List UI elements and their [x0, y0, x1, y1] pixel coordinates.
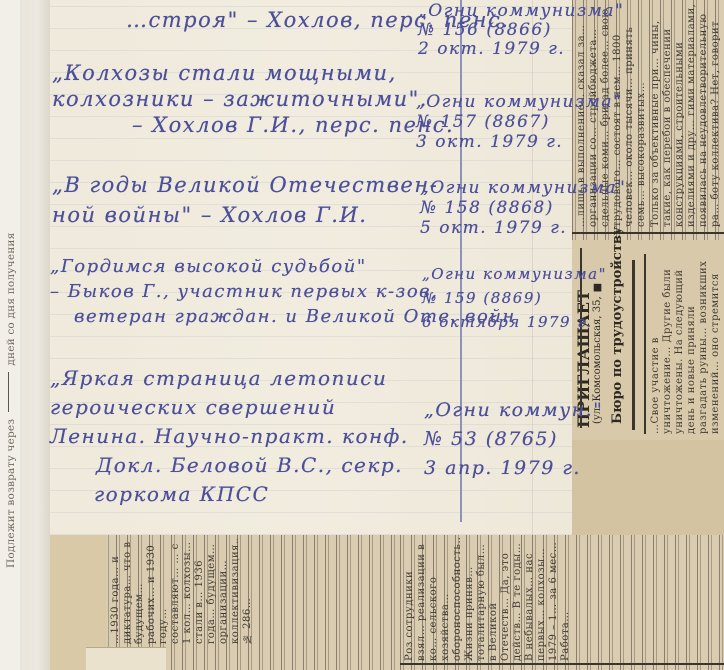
entry-5-issue: № 53 (8765) [424, 425, 603, 454]
return-stamp-part2: дней со дня получения [5, 233, 17, 366]
entry-3-source: „Огни коммунизма" № 158 (8868) 5 окт. 19… [420, 178, 626, 238]
clipping-table-rule [400, 663, 724, 665]
entry-5-title-line: героических свершений [50, 393, 409, 422]
entry-2-newspaper: „Огни коммунизма" [416, 92, 622, 112]
notebook-page: …строя" – Хохлов, перс. пенс. „Огни комм… [50, 0, 572, 535]
entry-3-newspaper: „Огни коммунизма" [420, 178, 626, 198]
entry-3-issue: № 158 (8868) [420, 198, 626, 218]
entry-1-date: 2 окт. 1979 г. [418, 40, 624, 59]
entry-2-issue: № 157 (8867) [416, 112, 622, 132]
entry-5-title-line: „Яркая страница летописи [50, 364, 409, 393]
entry-3-title-line: „В годы Великой Отечествен- [52, 170, 438, 200]
ad-side-text: …Свое участие в уничтожение… Другие были… [650, 254, 720, 434]
clipping-bottom-right-text: Роз сотрудники взял… реализации в ко… се… [404, 537, 714, 661]
newspaper-clipping-bottom-right: Роз сотрудники взял… реализации в ко… се… [400, 535, 724, 670]
entry-3-title-line: ной войны" – Хохлов Г.И. [52, 200, 438, 230]
ad-frame-inner [644, 254, 646, 434]
entry-5-date: 3 апр. 1979 г. [424, 454, 603, 483]
entry-1-issue: № 156 (8866) [418, 21, 624, 40]
entry-4-source: „Огни коммунизма" № 159 (8869) 6 октября… [422, 262, 607, 334]
entry-2-author: – Хохлов Г.И., перс. пенс. [52, 112, 454, 138]
entry-1-newspaper: „Огни коммунизма" [418, 2, 624, 21]
newspaper-clipping-bottom-left: …1930 года… и диктатура… что в будущем… … [50, 535, 400, 670]
clipping-text-column-2: Только за объективные при… чины, такие, … [650, 2, 720, 227]
entry-5-author-role: горкома КПСС [50, 480, 409, 509]
entry-2-date: 3 окт. 1979 г. [416, 132, 622, 152]
clipping-bottom-left-text: …1930 года… и диктатура… что в будущем… … [110, 539, 396, 644]
entry-4-newspaper: „Огни коммунизма" [422, 262, 607, 286]
entry-2-source: „Огни коммунизма" № 157 (8867) 3 окт. 19… [416, 92, 622, 152]
ad-bureau-title: Бюро по трудоустройству [610, 254, 625, 424]
ad-frame-left [632, 260, 635, 430]
entry-4-issue: № 159 (8869) [422, 286, 607, 310]
entry-3-date: 5 окт. 1979 г. [420, 218, 626, 238]
entry-5-newspaper: „Огни коммун." [424, 396, 603, 425]
entry-4-date: 6 октября 1979 г. [422, 310, 607, 334]
entry-2-title-line: „Колхозы стали мощными, [52, 60, 454, 86]
return-days-blank [7, 372, 9, 412]
binding-return-stamp: Подлежит возврату через дней со дня полу… [5, 188, 33, 568]
entry-5-title-line: Ленина. Научно-практ. конф. [50, 422, 409, 451]
return-stamp-part1: Подлежит возврату через [5, 419, 17, 568]
entry-3-title: „В годы Великой Отечествен- ной войны" –… [52, 170, 438, 230]
entry-5-source: „Огни коммун." № 53 (8765) 3 апр. 1979 г… [424, 396, 603, 483]
entry-2-title: „Колхозы стали мощными, колхозники – заж… [52, 60, 454, 138]
entry-1-source: „Огни коммунизма" № 156 (8866) 2 окт. 19… [418, 2, 624, 59]
clipping-folded-corner [86, 647, 166, 670]
entry-5-title: „Яркая страница летописи героических све… [50, 364, 409, 509]
entry-5-author: Докл. Беловой В.С., секр. [50, 451, 409, 480]
entry-2-title-line: колхозники – зажиточными". [52, 86, 454, 112]
